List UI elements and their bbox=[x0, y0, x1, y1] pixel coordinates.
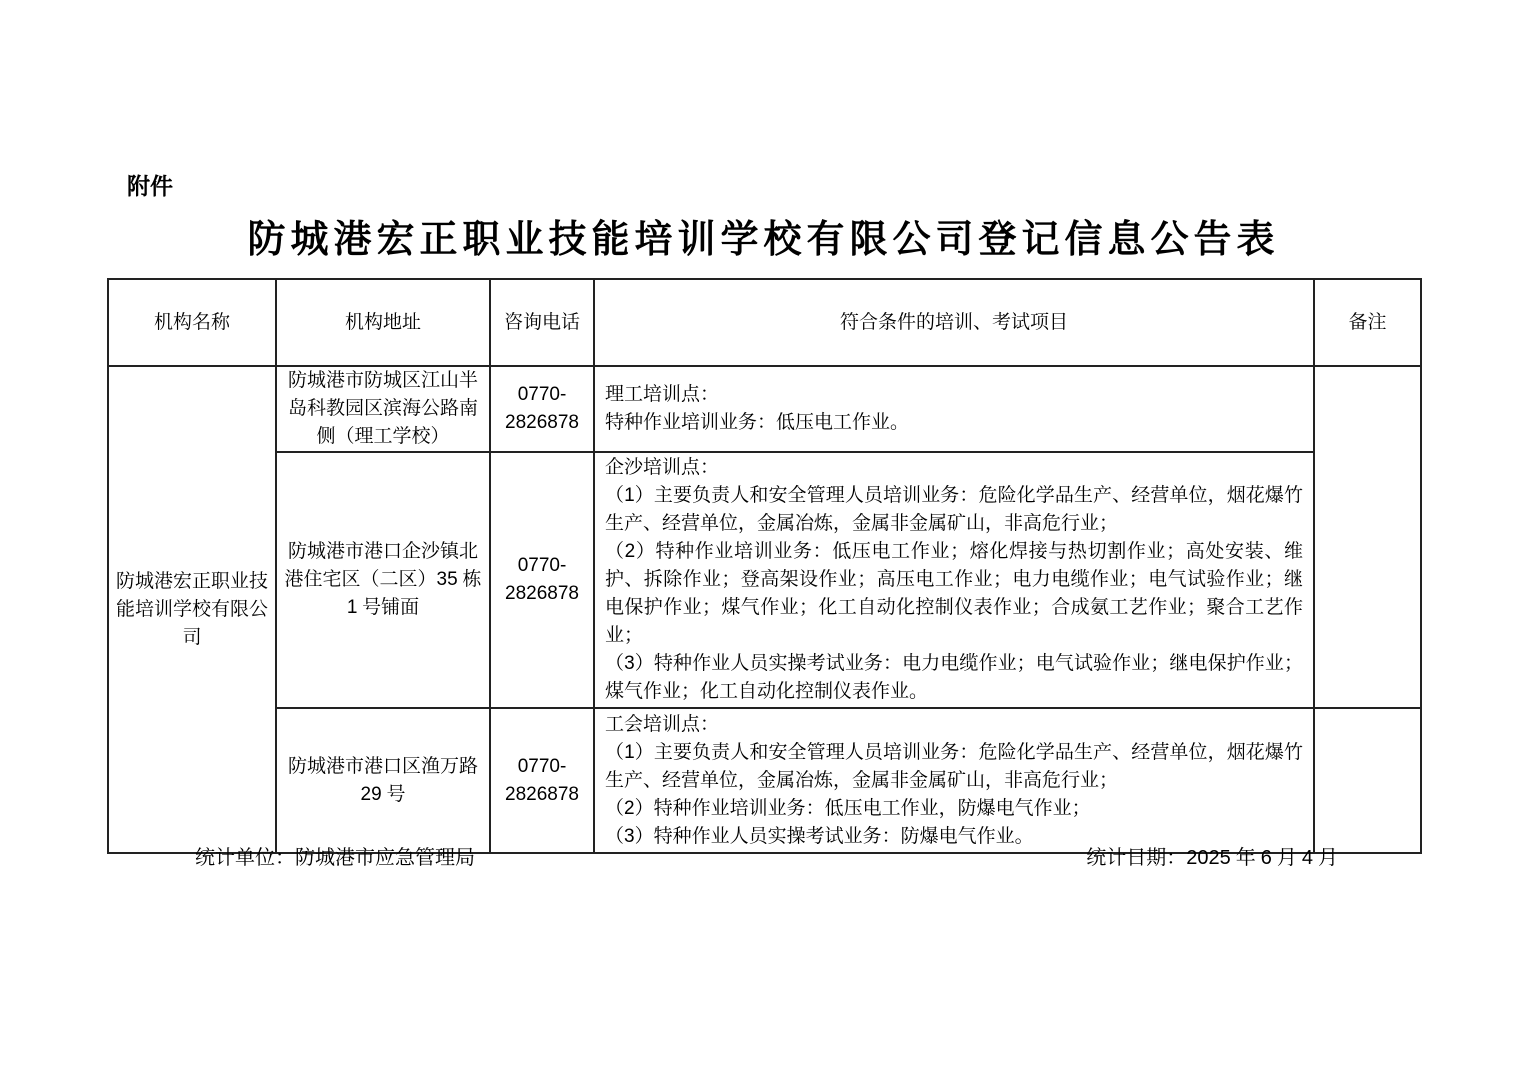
header-projects: 符合条件的培训、考试项目 bbox=[594, 279, 1314, 366]
remark-cell bbox=[1314, 366, 1421, 708]
header-phone: 咨询电话 bbox=[490, 279, 594, 366]
table-row: 防城港市港口企沙镇北港住宅区（二区）35 栋 1 号铺面 0770-282687… bbox=[108, 452, 1421, 708]
document-footer: 统计单位：防城港市应急管理局 统计日期：2025 年 6 月 4 月 bbox=[107, 843, 1420, 873]
address-cell: 防城港市港口企沙镇北港住宅区（二区）35 栋 1 号铺面 bbox=[276, 452, 490, 708]
phone-cell: 0770-2826878 bbox=[490, 366, 594, 452]
remark-cell bbox=[1314, 708, 1421, 853]
projects-cell: 工会培训点： （1）主要负责人和安全管理人员培训业务：危险化学品生产、经营单位，… bbox=[594, 708, 1314, 853]
header-org-name: 机构名称 bbox=[108, 279, 276, 366]
page-title: 防城港宏正职业技能培训学校有限公司登记信息公告表 bbox=[107, 208, 1420, 263]
phone-cell: 0770-2826878 bbox=[490, 452, 594, 708]
projects-cell: 理工培训点： 特种作业培训业务：低压电工作业。 bbox=[594, 366, 1314, 452]
table-row: 防城港市港口区渔万路 29 号 0770-2826878 工会培训点： （1）主… bbox=[108, 708, 1421, 853]
projects-cell: 企沙培训点： （1）主要负责人和安全管理人员培训业务：危险化学品生产、经营单位，… bbox=[594, 452, 1314, 708]
attachment-label: 附件 bbox=[127, 168, 173, 201]
table-row: 防城港宏正职业技能培训学校有限公司 防城港市防城区江山半岛科教园区滨海公路南侧（… bbox=[108, 366, 1421, 452]
stat-unit-label: 统计单位：防城港市应急管理局 bbox=[195, 843, 475, 873]
header-address: 机构地址 bbox=[276, 279, 490, 366]
phone-cell: 0770-2826878 bbox=[490, 708, 594, 853]
table-header-row: 机构名称 机构地址 咨询电话 符合条件的培训、考试项目 备注 bbox=[108, 279, 1421, 366]
stat-date-label: 统计日期：2025 年 6 月 4 月 bbox=[1086, 843, 1338, 873]
header-remark: 备注 bbox=[1314, 279, 1421, 366]
address-cell: 防城港市港口区渔万路 29 号 bbox=[276, 708, 490, 853]
registration-table: 机构名称 机构地址 咨询电话 符合条件的培训、考试项目 备注 防城港宏正职业技能… bbox=[107, 278, 1422, 854]
address-cell: 防城港市防城区江山半岛科教园区滨海公路南侧（理工学校） bbox=[276, 366, 490, 452]
org-name-cell: 防城港宏正职业技能培训学校有限公司 bbox=[108, 366, 276, 853]
